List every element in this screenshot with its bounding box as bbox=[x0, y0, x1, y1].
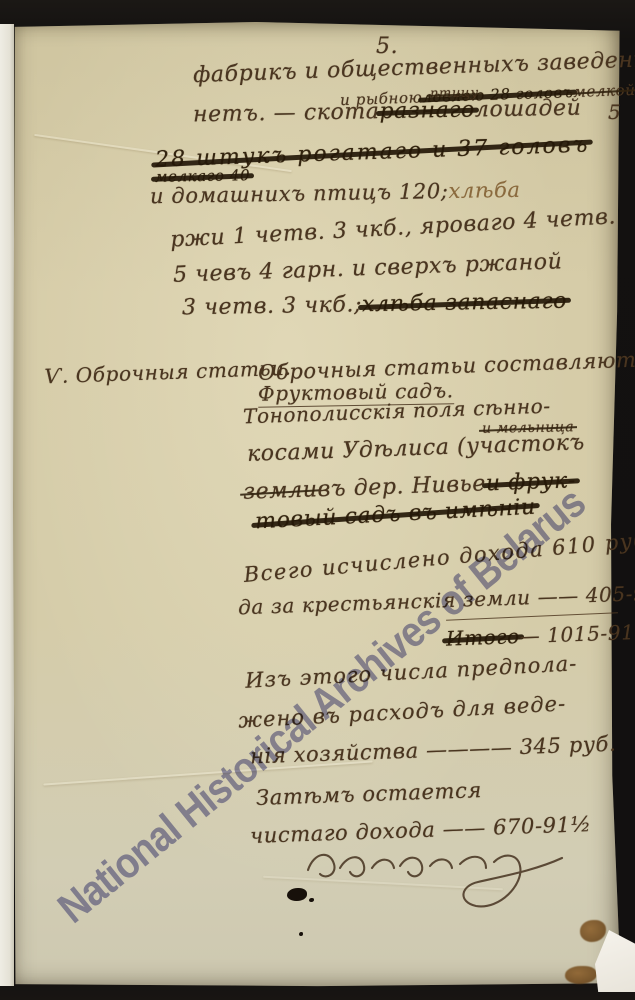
adjacent-page-edge bbox=[0, 24, 14, 986]
line-text: нетъ. — скота bbox=[193, 99, 380, 127]
line-text-light: хлѣба bbox=[448, 178, 521, 203]
ink-blot bbox=[309, 898, 314, 902]
line-text: 3 четв. 3 чкб.; bbox=[182, 292, 362, 320]
struck-text: хлѣба запаснаго bbox=[362, 289, 567, 318]
marginal-figure-text: 5 bbox=[608, 100, 621, 124]
marginal-figure: 5 bbox=[608, 100, 621, 124]
signature-flourish bbox=[300, 832, 580, 912]
struck-text: разнаго bbox=[379, 97, 475, 124]
struck-text: мелкой bbox=[573, 81, 635, 101]
line-text: лошадей bbox=[475, 96, 582, 123]
ink-blot bbox=[287, 888, 307, 901]
margin-note-numeral: Ѵ. bbox=[44, 363, 70, 388]
document-scan: 5. фабрикъ и общественныхъ заведеній и р… bbox=[0, 0, 635, 1000]
struck-text: земли bbox=[243, 477, 318, 505]
ink-blot bbox=[299, 932, 303, 936]
line-text: — 1015-91½ bbox=[519, 619, 635, 648]
